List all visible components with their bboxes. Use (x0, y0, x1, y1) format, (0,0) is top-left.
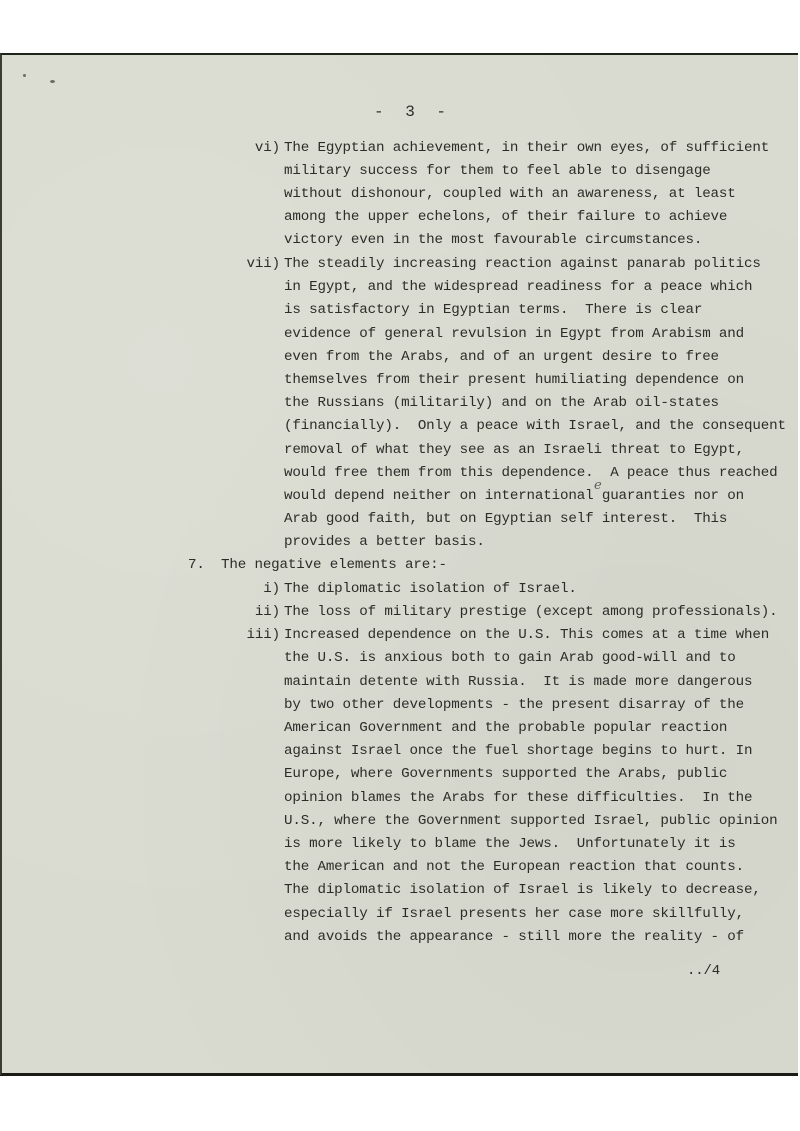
text-line: U.S., where the Government supported Isr… (284, 814, 777, 828)
text-line: even from the Arabs, and of an urgent de… (284, 350, 719, 364)
page-number: - 3 - (374, 104, 452, 120)
continuation-marker: ../4 (687, 964, 720, 978)
text-line: is more likely to blame the Jews. Unfort… (284, 837, 736, 851)
text-line: Arab good faith, but on Egyptian self in… (284, 512, 727, 526)
text-line: provides a better basis. (284, 535, 485, 549)
text-line: without dishonour, coupled with an aware… (284, 187, 736, 201)
text-line: The diplomatic isolation of Israel is li… (284, 883, 761, 897)
item-marker-vi: vi) (220, 141, 280, 155)
item-marker-vii: vii) (220, 257, 280, 271)
text-line: Increased dependence on the U.S. This co… (284, 628, 769, 642)
paragraph-number-7: 7. (188, 558, 205, 572)
text-line: (financially). Only a peace with Israel,… (284, 419, 786, 433)
text-line: military success for them to feel able t… (284, 164, 711, 178)
text-line: would free them from this dependence. A … (284, 466, 777, 480)
text-line: against Israel once the fuel shortage be… (284, 744, 752, 758)
text-line: especially if Israel presents her case m… (284, 907, 744, 921)
text-line: in Egypt, and the widespread readiness f… (284, 280, 752, 294)
item-marker-ii: ii) (220, 605, 280, 619)
item-marker-iii: iii) (220, 628, 280, 642)
text-line: maintain detente with Russia. It is made… (284, 675, 752, 689)
text-line: opinion blames the Arabs for these diffi… (284, 791, 752, 805)
text-line: among the upper echelons, of their failu… (284, 210, 727, 224)
text-line: would depend neither on international gu… (284, 489, 744, 503)
scan-speck (50, 80, 55, 83)
text-line: the Russians (militarily) and on the Ara… (284, 396, 719, 410)
text-line: the U.S. is anxious both to gain Arab go… (284, 651, 736, 665)
text-line: evidence of general revulsion in Egypt f… (284, 327, 744, 341)
item-marker-i: i) (220, 582, 280, 596)
text-line: The Egyptian achievement, in their own e… (284, 141, 769, 155)
text-line: and avoids the appearance - still more t… (284, 930, 744, 944)
text-line: by two other developments - the present … (284, 698, 744, 712)
text-line: Europe, where Governments supported the … (284, 767, 727, 781)
text-line: The loss of military prestige (except am… (284, 605, 777, 619)
text-line: American Government and the probable pop… (284, 721, 727, 735)
text-line: removal of what they see as an Israeli t… (284, 443, 744, 457)
text-line: victory even in the most favourable circ… (284, 233, 702, 247)
scan-speck (23, 74, 26, 77)
paragraph-heading: The negative elements are:- (221, 558, 447, 572)
text-line: The diplomatic isolation of Israel. (284, 582, 577, 596)
text-line: the American and not the European reacti… (284, 860, 744, 874)
text-line: is satisfactory in Egyptian terms. There… (284, 303, 702, 317)
scanned-page: - 3 - vi) The Egyptian achievement, in t… (0, 53, 798, 1076)
text-line: themselves from their present humiliatin… (284, 373, 744, 387)
text-line: The steadily increasing reaction against… (284, 257, 761, 271)
